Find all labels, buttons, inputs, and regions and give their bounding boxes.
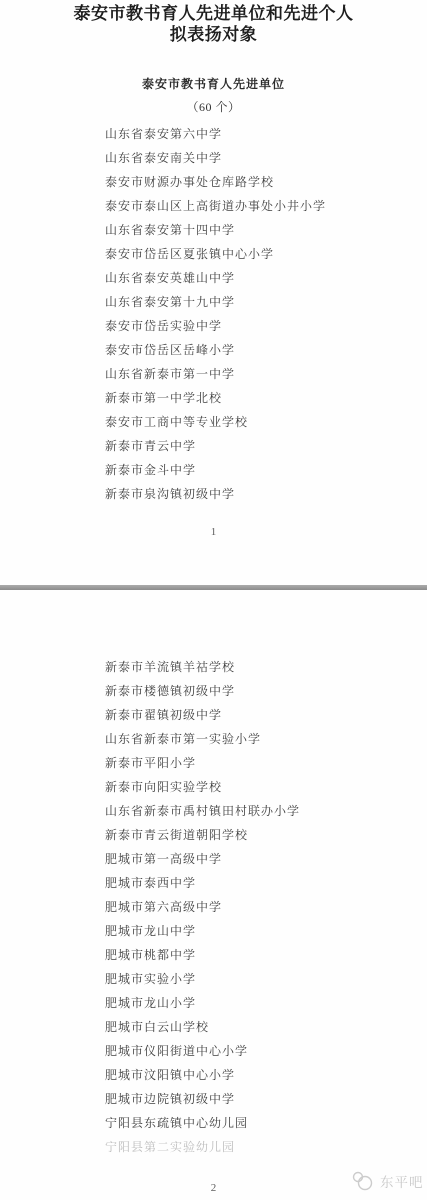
list-item: 新泰市楼德镇初级中学 <box>105 679 300 703</box>
page-number-1: 1 <box>0 526 427 538</box>
list-item: 新泰市翟镇初级中学 <box>105 703 300 727</box>
list-item: 新泰市泉沟镇初级中学 <box>105 482 326 506</box>
list-item: 山东省新泰市第一实验小学 <box>105 727 300 751</box>
list-item: 泰安市岱岳区岳峰小学 <box>105 338 326 362</box>
list-item: 泰安市工商中等专业学校 <box>105 410 326 434</box>
list-item: 新泰市向阳实验学校 <box>105 775 300 799</box>
list-item: 山东省泰安南关中学 <box>105 146 326 170</box>
document-title-line1: 泰安市教书育人先进单位和先进个人 <box>0 3 427 24</box>
list-item: 泰安市泰山区上高街道办事处小井小学 <box>105 194 326 218</box>
list-item: 肥城市实验小学 <box>105 967 300 991</box>
school-list-page2: 新泰市羊流镇羊祜学校新泰市楼德镇初级中学新泰市翟镇初级中学山东省新泰市第一实验小… <box>105 655 300 1159</box>
document-viewport: 泰安市教书育人先进单位和先进个人 拟表扬对象 泰安市教书育人先进单位 （60 个… <box>0 0 427 1200</box>
list-item: 肥城市汶阳镇中心小学 <box>105 1063 300 1087</box>
list-item: 肥城市桃都中学 <box>105 943 300 967</box>
list-item: 泰安市岱岳区夏张镇中心小学 <box>105 242 326 266</box>
list-item: 山东省泰安第十九中学 <box>105 290 326 314</box>
list-item: 肥城市边院镇初级中学 <box>105 1087 300 1111</box>
document-title: 泰安市教书育人先进单位和先进个人 拟表扬对象 <box>0 3 427 45</box>
list-item: 山东省新泰市第一中学 <box>105 362 326 386</box>
section-count: （60 个） <box>0 98 427 115</box>
list-item: 新泰市第一中学北校 <box>105 386 326 410</box>
list-item: 肥城市泰西中学 <box>105 871 300 895</box>
list-item: 新泰市青云街道朝阳学校 <box>105 823 300 847</box>
list-item: 新泰市平阳小学 <box>105 751 300 775</box>
list-item: 山东省新泰市禹村镇田村联办小学 <box>105 799 300 823</box>
list-item: 新泰市金斗中学 <box>105 458 326 482</box>
list-item: 山东省泰安第六中学 <box>105 122 326 146</box>
list-item: 肥城市仪阳街道中心小学 <box>105 1039 300 1063</box>
list-item: 肥城市第六高级中学 <box>105 895 300 919</box>
list-item: 肥城市龙山中学 <box>105 919 300 943</box>
section-heading: 泰安市教书育人先进单位 <box>0 75 427 92</box>
school-list-page1: 山东省泰安第六中学山东省泰安南关中学泰安市财源办事处仓库路学校泰安市泰山区上高街… <box>105 122 326 506</box>
list-item: 肥城市白云山学校 <box>105 1015 300 1039</box>
page-break-divider <box>0 585 427 590</box>
list-item: 宁阳县第二实验幼儿园 <box>105 1135 300 1159</box>
list-item: 宁阳县东疏镇中心幼儿园 <box>105 1111 300 1135</box>
document-title-line2: 拟表扬对象 <box>0 24 427 45</box>
list-item: 新泰市青云中学 <box>105 434 326 458</box>
list-item: 肥城市第一高级中学 <box>105 847 300 871</box>
page-number-2: 2 <box>0 1182 427 1194</box>
list-item: 泰安市岱岳实验中学 <box>105 314 326 338</box>
list-item: 新泰市羊流镇羊祜学校 <box>105 655 300 679</box>
list-item: 山东省泰安英雄山中学 <box>105 266 326 290</box>
list-item: 泰安市财源办事处仓库路学校 <box>105 170 326 194</box>
list-item: 山东省泰安第十四中学 <box>105 218 326 242</box>
list-item: 肥城市龙山小学 <box>105 991 300 1015</box>
